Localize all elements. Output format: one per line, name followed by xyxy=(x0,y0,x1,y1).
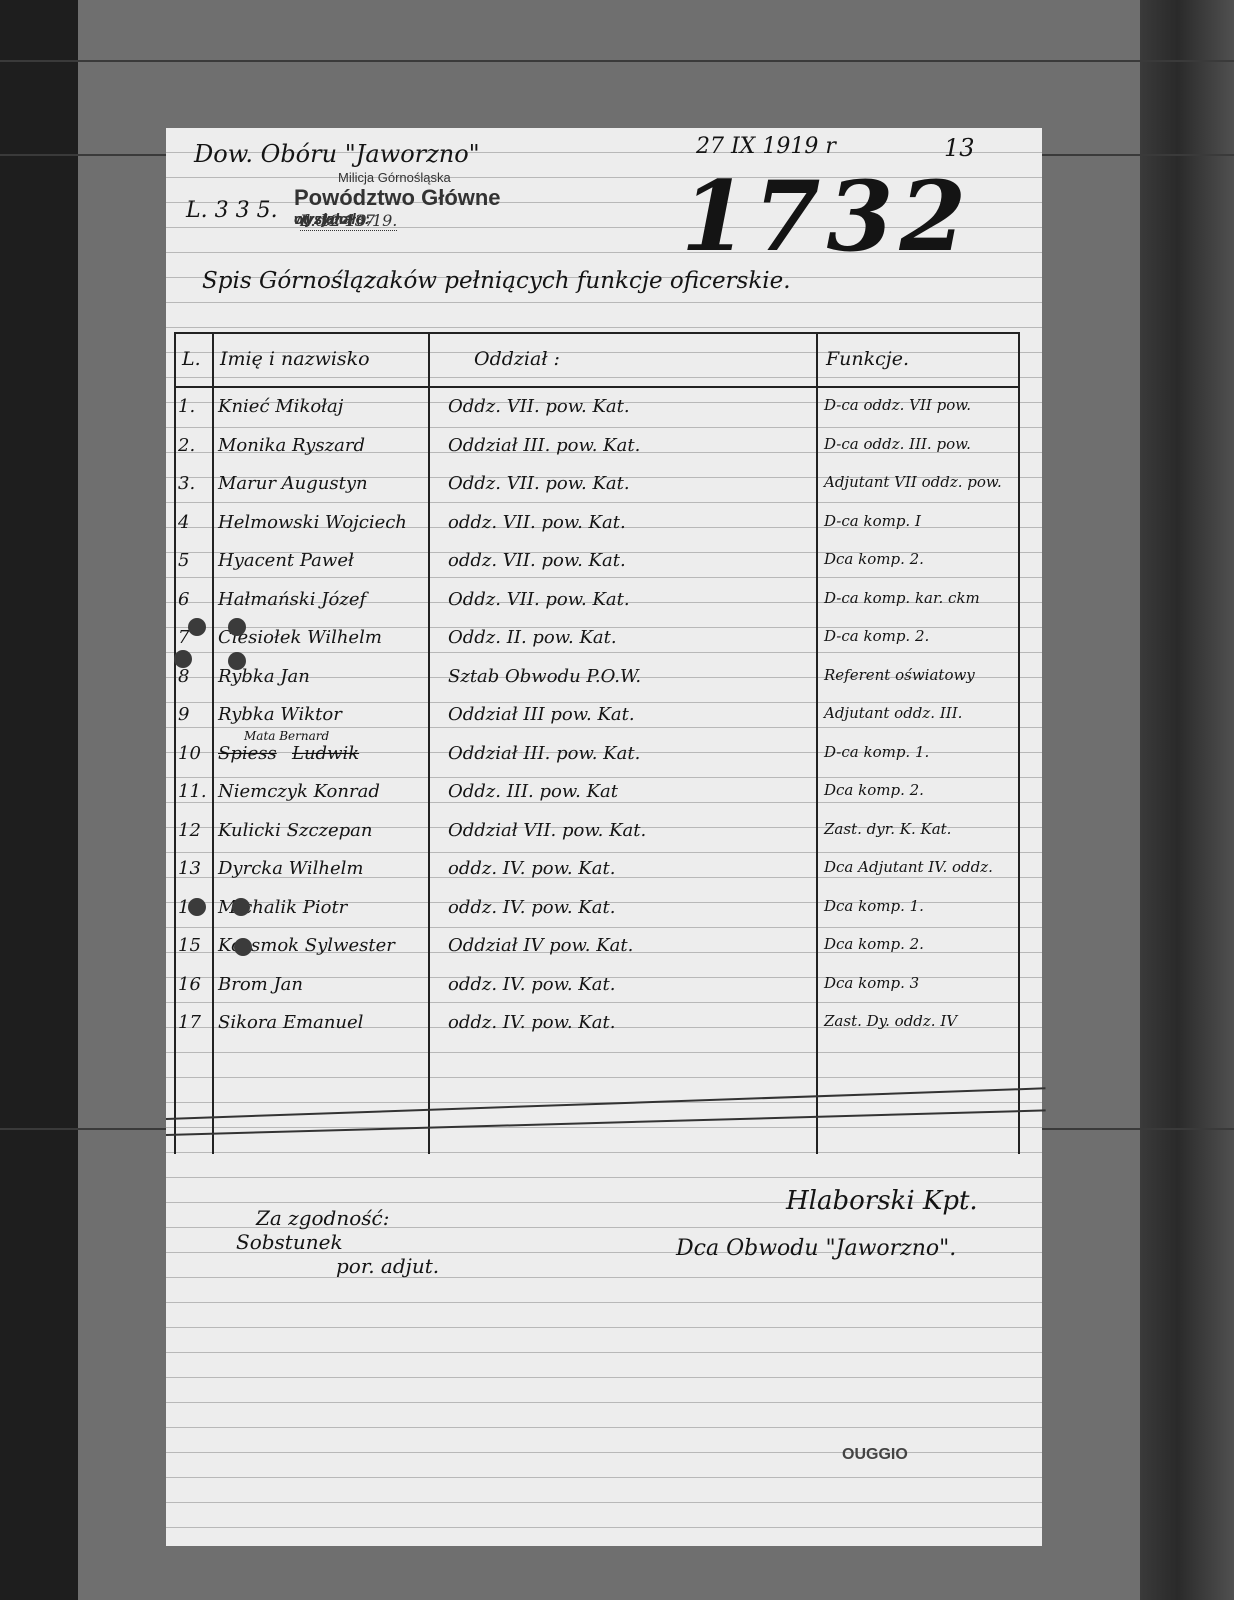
column-header-unit: Oddział : xyxy=(474,348,560,370)
row-name: Sikora Emanuel xyxy=(218,1012,363,1033)
row-number: 2. xyxy=(178,435,195,456)
row-unit: Oddz. VII. pow. Kat. xyxy=(448,589,630,610)
row-function: Adjutant oddz. III. xyxy=(824,704,962,722)
column-header-name: Imię i nazwisko xyxy=(220,348,370,370)
row-function: Dca komp. 2. xyxy=(824,935,924,953)
header-reference: L. 3 3 5. xyxy=(186,198,278,223)
row-number: 8 xyxy=(178,666,189,687)
row-unit: Oddz. VII. pow. Kat. xyxy=(448,396,630,417)
certification-rank: por. adjut. xyxy=(336,1254,439,1278)
row-unit: oddz. IV. pow. Kat. xyxy=(448,974,615,995)
row-unit: oddz. IV. pow. Kat. xyxy=(448,897,615,918)
row-name: Kulicki Szczepan xyxy=(218,820,373,841)
row-unit: Oddział III pow. Kat. xyxy=(448,704,635,725)
table-row: 5Hyacent Pawełoddz. VII. pow. Kat.Dca ko… xyxy=(174,550,1020,578)
scan-background-shadow-left xyxy=(0,0,78,1600)
table-row: 4Helmowski Wojciechoddz. VII. pow. Kat.D… xyxy=(174,512,1020,540)
certification-label: Za zgodność: xyxy=(256,1206,439,1230)
row-function: Dca Adjutant IV. oddz. xyxy=(824,858,993,876)
commander-role: Dca Obwodu "Jaworzno". xyxy=(676,1236,956,1261)
row-function: Zast. Dy. oddz. IV xyxy=(824,1012,957,1030)
stamp-line-1: Milicja Górnośląska xyxy=(338,170,501,185)
punch-hole xyxy=(228,652,246,670)
row-unit: oddz. VII. pow. Kat. xyxy=(448,550,626,571)
row-number: 6 xyxy=(178,589,189,610)
row-number: 1. xyxy=(178,396,195,417)
row-function: Dca komp. 3 xyxy=(824,974,919,992)
row-unit: Sztab Obwodu P.O.W. xyxy=(448,666,641,687)
table-row: 7Ciesiołek WilhelmOddz. II. pow. Kat.D-c… xyxy=(174,627,1020,655)
punch-hole xyxy=(232,898,250,916)
background-rule xyxy=(0,60,1234,62)
row-name: Hałmański Józef xyxy=(218,589,366,610)
row-number: 3. xyxy=(178,473,195,494)
stamp-sent: wysłało:L.dz. 137 xyxy=(294,211,501,239)
document-page: Dow. Obóru "Jaworzno" L. 3 3 5. 27 IX 19… xyxy=(166,128,1042,1546)
row-unit: Oddział IV pow. Kat. xyxy=(448,935,633,956)
row-unit: Oddział VII. pow. Kat. xyxy=(448,820,646,841)
row-name: Ludwik xyxy=(292,743,359,764)
row-unit: Oddz. VII. pow. Kat. xyxy=(448,473,630,494)
table-row: 8Rybka JanSztab Obwodu P.O.W.Referent oś… xyxy=(174,666,1020,694)
certification-signer: Sobstunek xyxy=(236,1230,439,1254)
received-stamp: Milicja Górnośląska Powództwo Główne otr… xyxy=(294,170,501,211)
stamp-line-2: Powództwo Główne xyxy=(294,185,501,211)
row-name-correction: Mata Bernard xyxy=(244,729,329,743)
row-number: 12 xyxy=(178,820,201,841)
row-function: Dca komp. 2. xyxy=(824,550,924,568)
row-number: 5 xyxy=(178,550,189,571)
table-row: 14Michalik Piotroddz. IV. pow. Kat.Dca k… xyxy=(174,897,1020,925)
row-function: D-ca komp. kar. ckm xyxy=(824,589,980,607)
row-name-struck: Spiess xyxy=(218,743,277,764)
row-name: Rybka Wiktor xyxy=(218,704,342,725)
row-unit: Oddz. II. pow. Kat. xyxy=(448,627,617,648)
row-number: 13 xyxy=(178,858,201,879)
certification-signature: Za zgodność: Sobstunek por. adjut. xyxy=(236,1206,439,1278)
punch-hole xyxy=(174,650,192,668)
header-rule xyxy=(174,386,1020,388)
column-header-function: Funkcje. xyxy=(826,348,909,370)
row-name: Brom Jan xyxy=(218,974,303,995)
table-row: 1.Knieć MikołajOddz. VII. pow. Kat.D-ca … xyxy=(174,396,1020,424)
row-function: D-ca komp. 2. xyxy=(824,627,929,645)
bottom-stamp: OUGGIO xyxy=(842,1446,908,1464)
document-number: 1732 xyxy=(681,160,972,273)
row-name: Monika Ryszard xyxy=(218,435,365,456)
row-name: Dyrcka Wilhelm xyxy=(218,858,363,879)
header-unit: Dow. Obóru "Jaworzno" xyxy=(194,140,480,168)
row-number: 9 xyxy=(178,704,189,725)
row-unit: Oddz. III. pow. Kat xyxy=(448,781,618,802)
punch-hole xyxy=(188,898,206,916)
table-row: 17Sikora Emanueloddz. IV. pow. Kat.Zast.… xyxy=(174,1012,1020,1040)
row-name: Niemczyk Konrad xyxy=(218,781,380,802)
document-title: Spis Górnoślązaków pełniących funkcje of… xyxy=(202,268,791,294)
commander-signature: Hlaborski Kpt. xyxy=(786,1186,978,1216)
row-name: Hyacent Paweł xyxy=(218,550,354,571)
officers-table: L. Imię i nazwisko Oddział : Funkcje. 1.… xyxy=(174,332,1020,1154)
table-row: 2.Monika RyszardOddział III. pow. Kat.D-… xyxy=(174,435,1020,463)
table-row: 3.Marur AugustynOddz. VII. pow. Kat.Adju… xyxy=(174,473,1020,501)
row-function: D-ca oddz. VII pow. xyxy=(824,396,971,414)
header-date: 27 IX 1919 r xyxy=(696,134,836,159)
row-function: Dca komp. 1. xyxy=(824,897,924,915)
page-number: 13 xyxy=(944,134,975,162)
row-function: Referent oświatowy xyxy=(824,666,975,684)
row-number: 16 xyxy=(178,974,201,995)
row-name: Knieć Mikołaj xyxy=(218,396,343,417)
row-name: Helmowski Wojciech xyxy=(218,512,407,533)
row-function: D-ca komp. 1. xyxy=(824,743,929,761)
scan-background-shadow-right xyxy=(1140,0,1234,1600)
row-name: Marur Augustyn xyxy=(218,473,368,494)
table-row: 10LudwikOddział III. pow. Kat.D-ca komp.… xyxy=(174,743,1020,771)
row-function: D-ca komp. I xyxy=(824,512,921,530)
row-function: D-ca oddz. III. pow. xyxy=(824,435,971,453)
row-function: Zast. dyr. K. Kat. xyxy=(824,820,951,838)
table-row: 11.Niemczyk KonradOddz. III. pow. KatDca… xyxy=(174,781,1020,809)
table-row: 16Brom Janoddz. IV. pow. Kat.Dca komp. 3 xyxy=(174,974,1020,1002)
row-number: 11. xyxy=(178,781,207,802)
table-row: 13Dyrcka Wilhelmoddz. IV. pow. Kat.Dca A… xyxy=(174,858,1020,886)
row-unit: oddz. IV. pow. Kat. xyxy=(448,1012,615,1033)
table-row: 15Kossmok SylwesterOddział IV pow. Kat.D… xyxy=(174,935,1020,963)
table-row: 6Hałmański JózefOddz. VII. pow. Kat.D-ca… xyxy=(174,589,1020,617)
row-unit: oddz. IV. pow. Kat. xyxy=(448,858,615,879)
row-number: 15 xyxy=(178,935,201,956)
punch-hole xyxy=(234,938,252,956)
punch-hole xyxy=(188,618,206,636)
table-row: 12Kulicki SzczepanOddział VII. pow. Kat.… xyxy=(174,820,1020,848)
row-function: Dca komp. 2. xyxy=(824,781,924,799)
row-unit: Oddział III. pow. Kat. xyxy=(448,743,640,764)
row-number: 17 xyxy=(178,1012,201,1033)
column-header-no: L. xyxy=(182,348,201,370)
row-function: Adjutant VII oddz. pow. xyxy=(824,473,1002,491)
punch-hole xyxy=(228,618,246,636)
row-unit: oddz. VII. pow. Kat. xyxy=(448,512,626,533)
row-unit: Oddział III. pow. Kat. xyxy=(448,435,640,456)
row-number: 4 xyxy=(178,512,189,533)
stamp-sent-value: L.dz. 137 xyxy=(300,211,375,231)
row-number: 10 xyxy=(178,743,201,764)
